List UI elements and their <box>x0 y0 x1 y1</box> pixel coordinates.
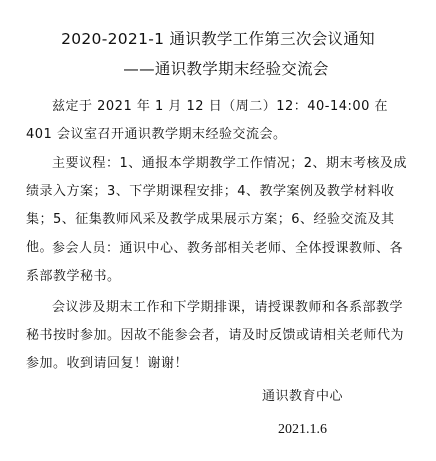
document-subtitle: ——通识教学期末经验交流会 <box>8 57 436 79</box>
issue-date: 2021.1.6 <box>278 422 327 438</box>
paragraph-notes: 会议涉及期末工作和下学期排课，请授课教师和各系部教学秘书按时参加。因故不能参会者… <box>26 294 416 378</box>
paragraph-meeting-time: 兹定于 2021 年 1 月 12 日（周二）12：40-14:00 在 401… <box>26 93 416 149</box>
signature: 通识教育中心 <box>262 385 343 404</box>
document-title: 2020-2021-1 通识教学工作第三次会议通知 <box>0 27 436 49</box>
paragraph-attendees: 参会人员：通识中心、教务部相关老师、全体授课教师、各系部教学秘书。 <box>26 235 416 291</box>
